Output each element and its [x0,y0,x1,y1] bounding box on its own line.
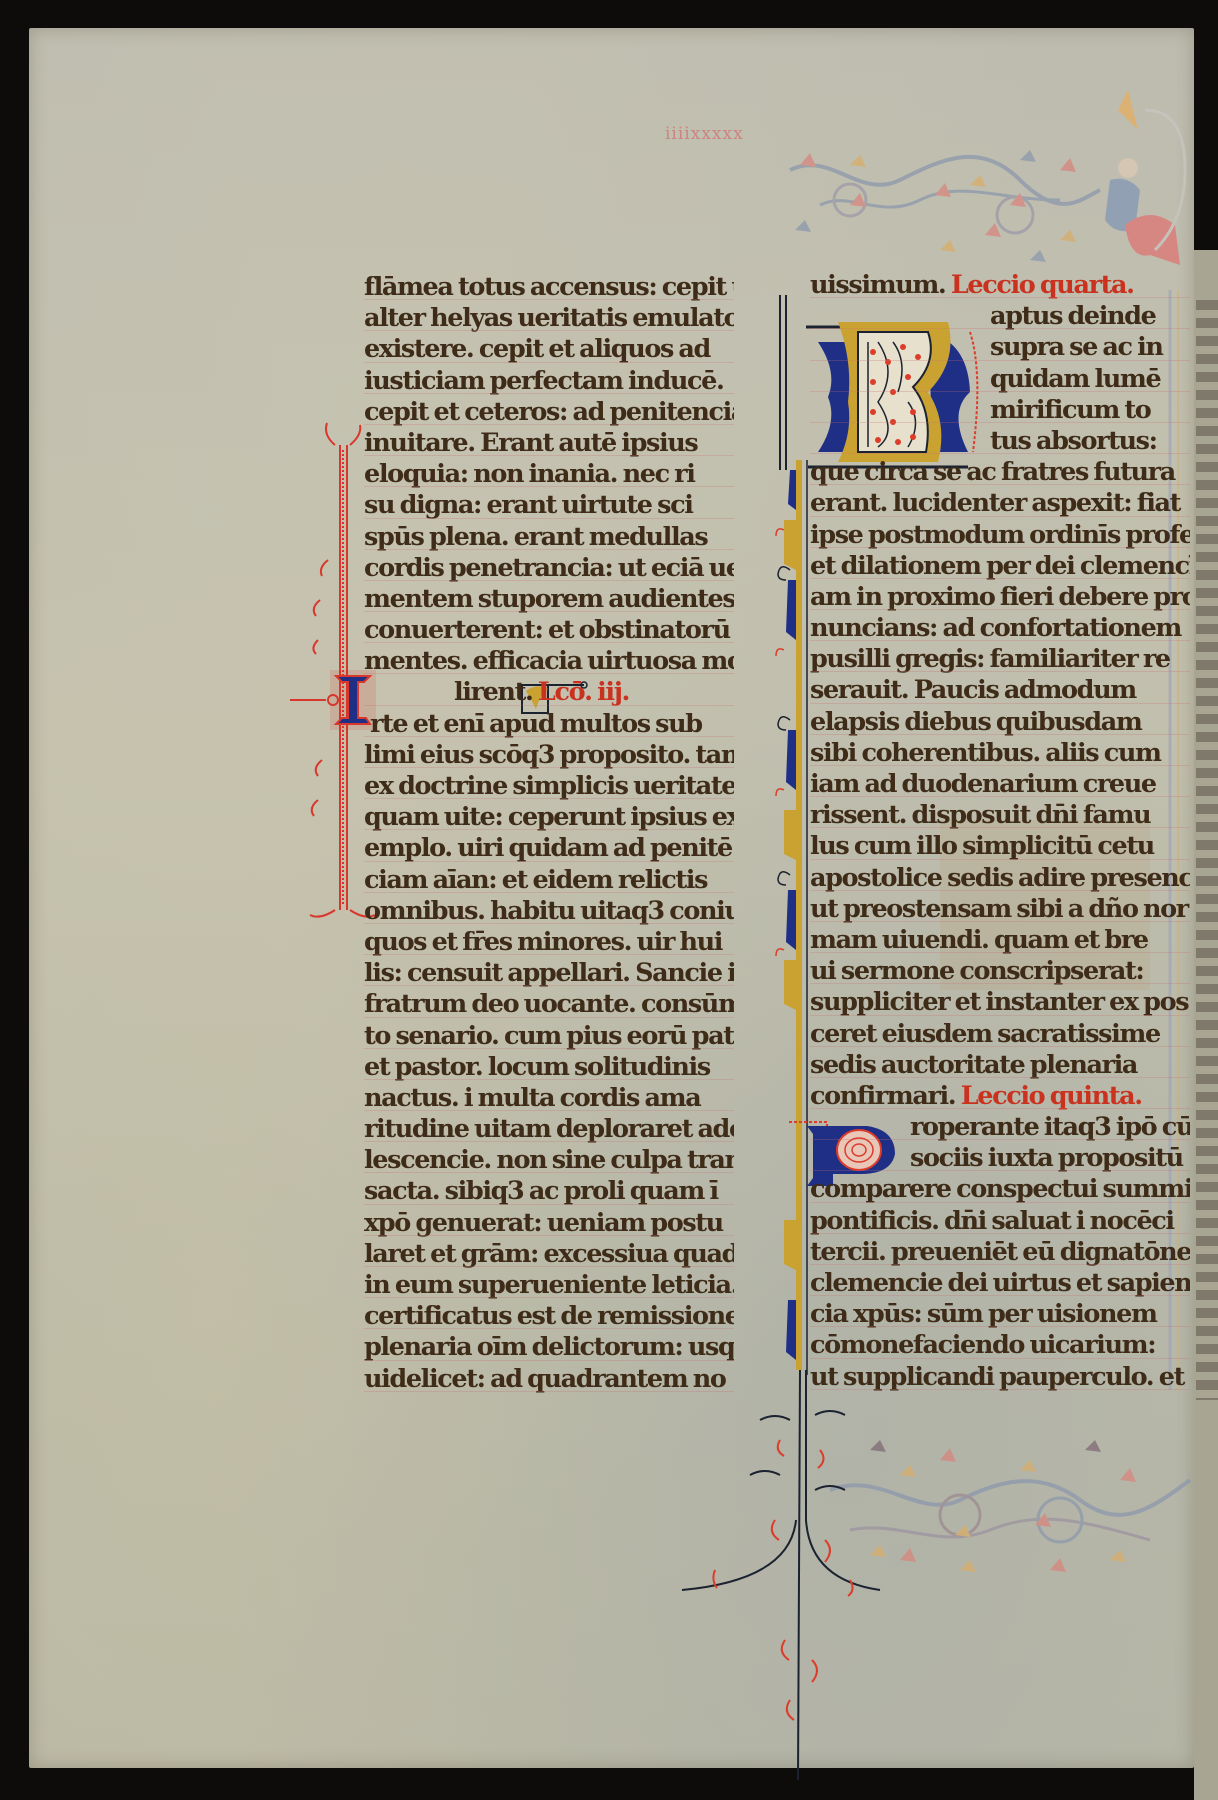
grotesque-figure-icon [1105,90,1185,265]
text-line: nuncians: ad confortationem [810,613,1190,644]
manuscript-photograph: iiiixxxxx [0,0,1218,1800]
text-line: suppliciter et instanter ex pos [810,987,1190,1018]
text-line: clemencie dei uirtus et sapien [810,1268,1190,1299]
text-line: rte et enī apud multos sub [364,709,734,740]
text-line: eloquia: non inania. nec ri [364,459,734,490]
text-line: limi eius scōq3 proposito. tam [364,740,734,771]
text-line: omnibus. habitu uitaq3 coniungi. [364,896,734,927]
text-line: quos et fr̄es minores. uir hui [364,927,734,958]
text-line: tercii. preueniēt eū dignatōne [810,1237,1190,1268]
text-line: ut preostensam sibi a dño nor [810,894,1190,925]
text-line: ipse postmodum ordinīs profectū [810,520,1190,551]
lesson-rubric: Leccio quinta. [961,1081,1142,1111]
text-line: laret et grām: excessiua quadā [364,1239,734,1270]
text-line: certificatus est de remissione [364,1301,734,1332]
text-line: pontificis. dn̄i saluat i nocēci [810,1206,1190,1237]
text-line: cōmonefaciendo uicarium: [810,1330,1190,1361]
text-line: spūs plena. erant medullas [364,522,734,553]
top-vine-icon [790,150,1100,262]
rubric-line: uissimum. Leccio quarta. [810,270,1190,301]
text-line: existere. cepit et aliquos ad [364,334,734,365]
text-line: lus cum illo simplicitū cetu [810,831,1190,862]
text-line: iusticiam perfectam inducē. [364,366,734,397]
text-line: alter helyas ueritatis emulator [364,303,734,334]
text-line: sociis iuxta propositū [810,1143,1190,1174]
text-line: iam ad duodenarium creue [810,769,1190,800]
text-line: erant. lucidenter aspexit: fiat [810,488,1190,519]
text-line: flāmea totus accensus: cepit ut [364,272,734,303]
text-line: fratrum deo uocante. consūma [364,989,734,1020]
text-line: xpō genuerat: ueniam postu [364,1208,734,1239]
text-line: quidam lumē [810,364,1190,395]
text-line: cordis penetrancia: ut eciā uehe [364,553,734,584]
text-line: roperante itaq3 ipō cū [810,1112,1190,1143]
rubric-line: lirent. Lcō. iij. [364,677,734,708]
text-line: elapsis diebus quibusdam [810,707,1190,738]
text-line: serauit. Paucis admodum [810,675,1190,706]
text-line: et pastor. locum solitudinis [364,1052,734,1083]
rubric-line: confirmari. Leccio quinta. [810,1081,1190,1112]
text-span: uissimum. [810,270,951,300]
text-line: lis: censuit appellari. Sancie iam [364,958,734,989]
text-column-left: flāmea totus accensus: cepit ut alter he… [364,272,734,1395]
text-line: lescencie. non sine culpa tran [364,1145,734,1176]
text-line: to senario. cum pius eorū pat [364,1021,734,1052]
text-span: lirent. [454,677,538,707]
text-line: quam uite: ceperunt ipsius ex [364,802,734,833]
text-line: in eum superueniente leticia. [364,1270,734,1301]
text-line: mirificum to [810,395,1190,426]
text-line: pusilli gregis: familiariter re [810,644,1190,675]
text-column-right: uissimum. Leccio quarta. aptus deinde su… [810,270,1190,1393]
text-line: am in proximo fieri debere pro [810,582,1190,613]
text-line: mentes. efficacia uirtuosa mol [364,646,734,677]
text-line: ut supplicandi pauperculo. et [810,1362,1190,1393]
pen-flourish-stem-icon [682,1370,880,1780]
text-line: ceret eiusdem sacratissime [810,1019,1190,1050]
lesson-rubric: Leccio quarta. [951,270,1134,300]
text-line: sacta. sibiq3 ac proli quam ī [364,1176,734,1207]
text-line: apostolice sedis adire presenciā: [810,863,1190,894]
text-line: mam uiuendi. quam et bre [810,925,1190,956]
text-line: inuitare. Erant autē ipsius [364,428,734,459]
text-line: plenaria oīm delictorum: usq3 [364,1332,734,1363]
text-line: ritudine uitam deploraret ado [364,1114,734,1145]
text-line: nactus. i multa cordis ama [364,1083,734,1114]
text-line: et dilationem per dei clemencī [810,551,1190,582]
text-line: ciam aīan: et eidem relictis [364,865,734,896]
text-line: ui sermone conscripserat: [810,956,1190,987]
text-line: cepit et ceteros: ad penitenciam [364,397,734,428]
text-line: cia xpūs: sūm per uisionem [810,1299,1190,1330]
text-line: tus absortus: [810,426,1190,457]
text-line: sibi coherentibus. aliis cum [810,738,1190,769]
text-line: su digna: erant uirtute sci [364,490,734,521]
text-line: mentem stuporem audientes [364,584,734,615]
text-span: confirmari. [810,1081,961,1111]
text-line: sedis auctoritate plenaria [810,1050,1190,1081]
bottom-vine-icon [830,1440,1190,1572]
text-line: uidelicet: ad quadrantem no [364,1364,734,1395]
text-line: emplo. uiri quidam ad penitē [364,833,734,864]
text-line: que circa se ac fratres futura [810,457,1190,488]
text-line: rissent. disposuit dn̄i famu [810,800,1190,831]
text-line: comparere conspectui summi [810,1174,1190,1205]
text-line: ex doctrine simplicis ueritate [364,771,734,802]
text-line: conuerterent: et obstinatorū [364,615,734,646]
text-line: supra se ac in [810,332,1190,363]
text-line: aptus deinde [810,301,1190,332]
lesson-rubric: Lcō. iij. [538,677,629,707]
